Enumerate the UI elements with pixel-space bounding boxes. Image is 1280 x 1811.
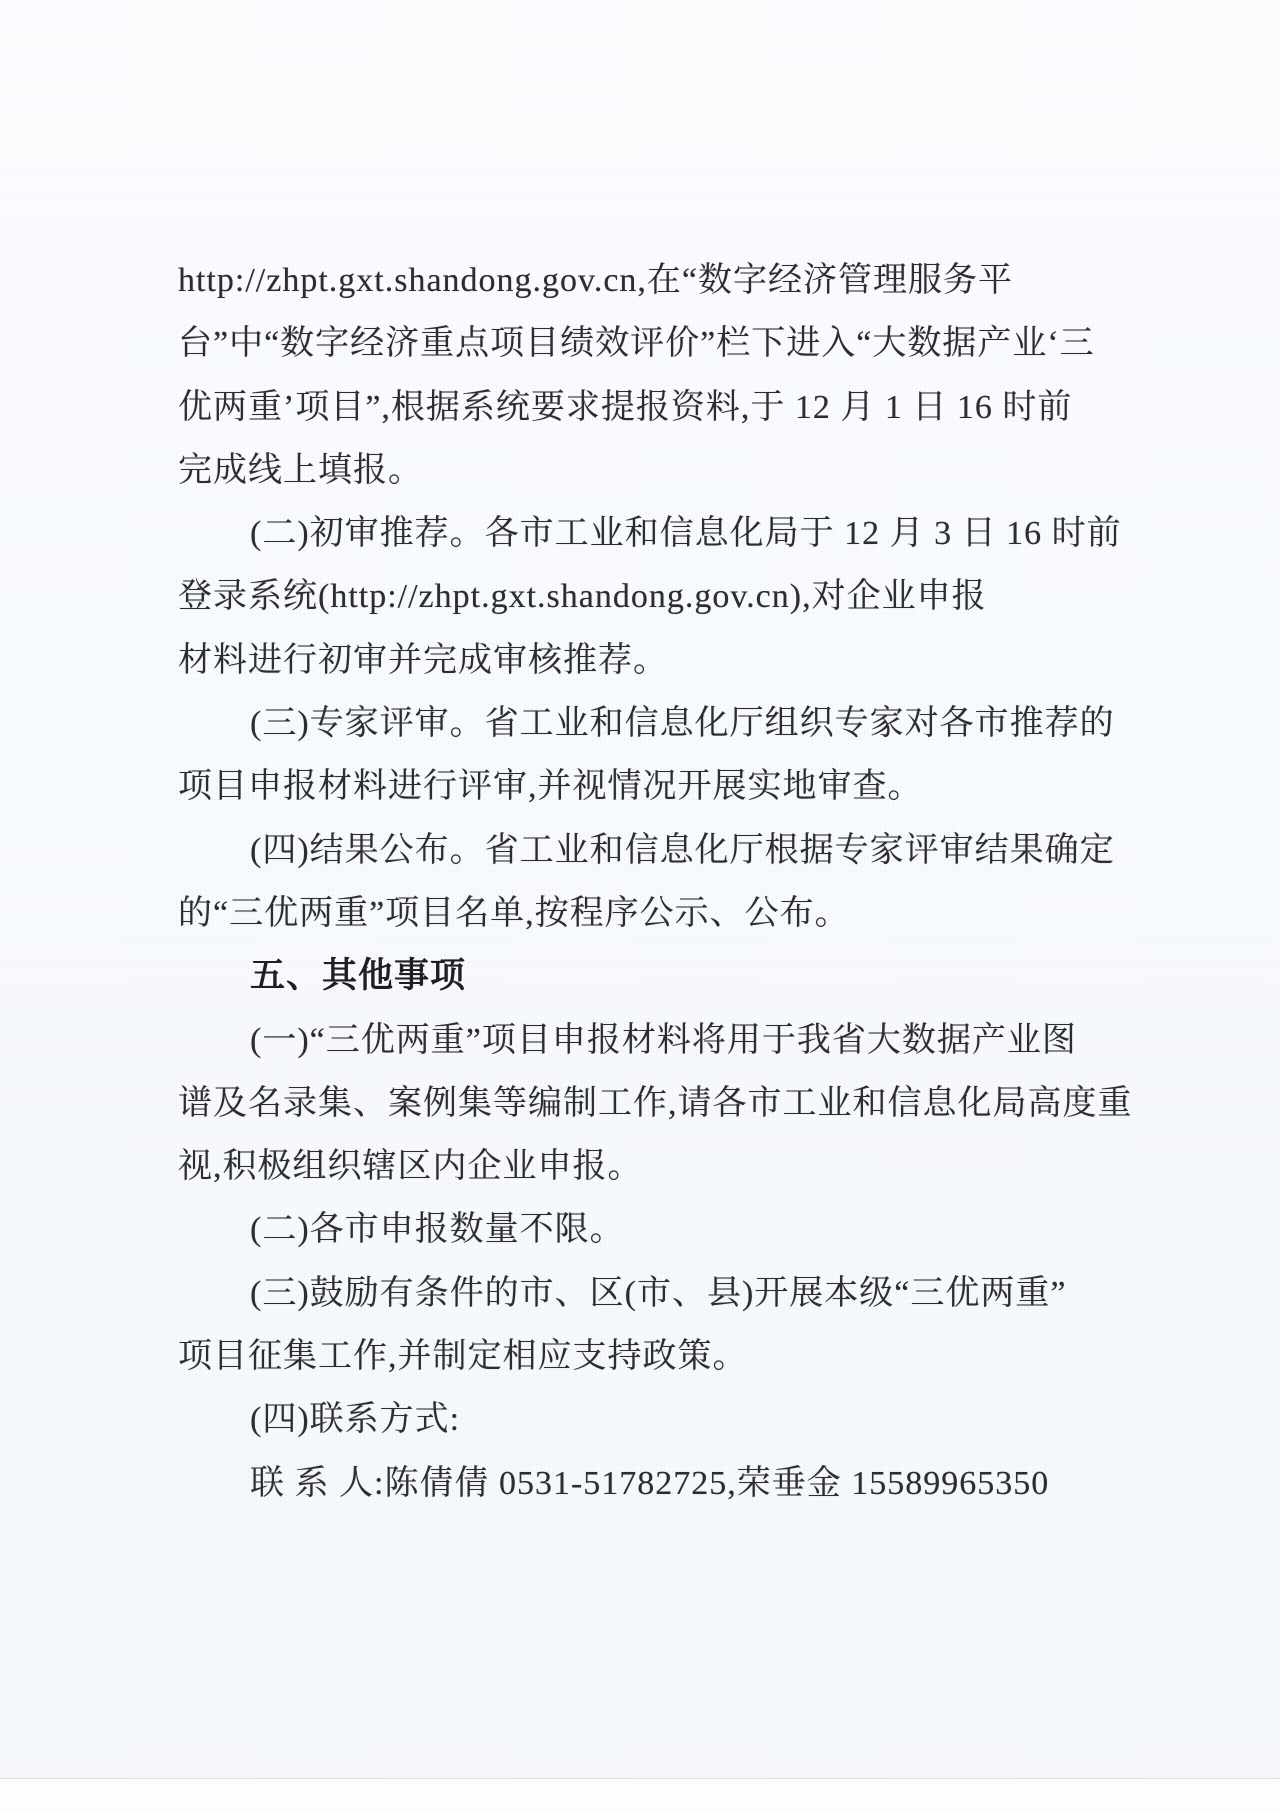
paragraph-start-line: (三)鼓励有条件的市、区(市、县)开展本级“三优两重” — [178, 1262, 1138, 1325]
paper-area: http://zhpt.gxt.shandong.gov.cn,在“数字经济管理… — [0, 0, 1280, 1778]
text-line: 项目征集工作,并制定相应支持政策。 — [178, 1325, 1138, 1388]
text-line: 登录系统(http://zhpt.gxt.shandong.gov.cn),对企… — [178, 565, 1138, 628]
text-line: 材料进行初审并完成审核推荐。 — [178, 629, 1138, 692]
paragraph-start-line: (三)专家评审。省工业和信息化厅组织专家对各市推荐的 — [178, 692, 1138, 755]
paragraph-start-line: (二)各市申报数量不限。 — [178, 1198, 1138, 1261]
text-line: 优两重’项目”,根据系统要求提报资料,于 12 月 1 日 16 时前 — [178, 376, 1138, 439]
text-line: http://zhpt.gxt.shandong.gov.cn,在“数字经济管理… — [178, 249, 1138, 312]
contact-info-line: 联 系 人:陈倩倩 0531-51782725,荣垂金 15589965350 — [178, 1452, 1138, 1515]
paragraph-start-line: (四)结果公布。省工业和信息化厅根据专家评审结果确定 — [178, 819, 1138, 882]
paragraph-start-line: (二)初审推荐。各市工业和信息化局于 12 月 3 日 16 时前 — [178, 502, 1138, 565]
paragraph-start-line: (四)联系方式: — [178, 1388, 1138, 1451]
text-line: 谱及名录集、案例集等编制工作,请各市工业和信息化局高度重 — [178, 1072, 1138, 1135]
text-line: 台”中“数字经济重点项目绩效评价”栏下进入“大数据产业‘三 — [178, 312, 1138, 375]
scanned-page: http://zhpt.gxt.shandong.gov.cn,在“数字经济管理… — [0, 0, 1280, 1811]
text-line: 项目申报材料进行评审,并视情况开展实地审查。 — [178, 755, 1138, 818]
text-line: 完成线上填报。 — [178, 439, 1138, 502]
section-heading: 五、其他事项 — [178, 945, 1138, 1008]
text-line: 的“三优两重”项目名单,按程序公示、公布。 — [178, 882, 1138, 945]
page-bottom-edge — [0, 1778, 1280, 1811]
document-body: http://zhpt.gxt.shandong.gov.cn,在“数字经济管理… — [178, 249, 1138, 1515]
text-line: 视,积极组织辖区内企业申报。 — [178, 1135, 1138, 1198]
paragraph-start-line: (一)“三优两重”项目申报材料将用于我省大数据产业图 — [178, 1009, 1138, 1072]
